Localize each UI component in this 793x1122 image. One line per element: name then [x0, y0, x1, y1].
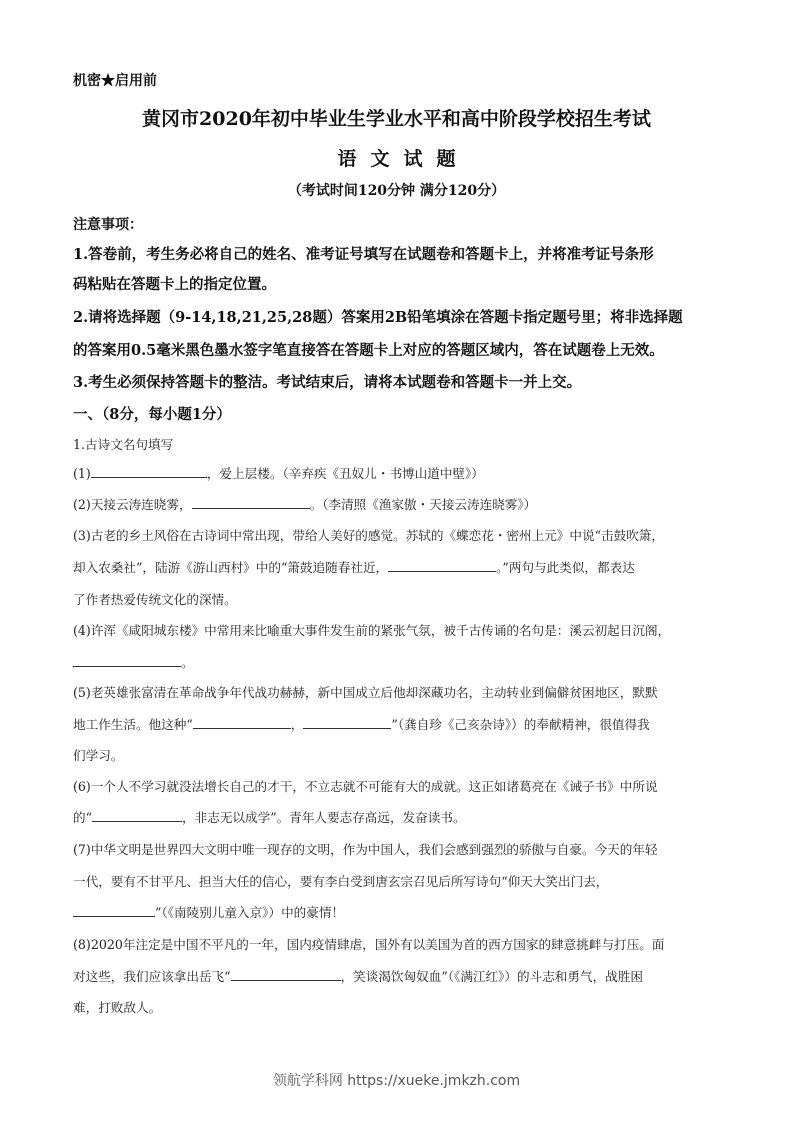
- subject-char: 文: [370, 144, 389, 171]
- question-item-3-line-3: 了作者热爱传统文化的深情。: [73, 589, 237, 608]
- answer-blank[interactable]: [303, 716, 391, 729]
- notice-line: 的答案用0.5毫米黑色墨水签字笔直接答在答题卡上对应的答题区域内，答在试题卷上无…: [73, 339, 664, 360]
- question-title: 1.古诗文名句填写: [73, 434, 173, 453]
- subject-char: 试: [404, 144, 423, 171]
- question-item-6-line-2: 的“，非志无以成学”。青年人要志存高远，发奋读书。: [73, 807, 466, 826]
- question-item-8-line-2: 对这些，我们应该拿出岳飞“，笑谈渴饮匈奴血”（《满江红》）的斗志和勇气，战胜困: [73, 966, 643, 985]
- subject-title: 语文试题: [0, 144, 793, 171]
- answer-blank[interactable]: [231, 968, 341, 981]
- notice-heading: 注意事项：: [73, 214, 143, 234]
- section-heading: 一、（8分，每小题1分）: [73, 403, 231, 424]
- question-item-8-line-1: (8)2020年注定是中国不平凡的一年，国内疫情肆虐，国外有以美国为首的西方国家…: [73, 934, 664, 953]
- question-item-2: (2)天接云涛连晓雾，。（李清照《渔家傲・天接云涛连晓雾》）: [73, 494, 536, 513]
- footer-watermark: 领航学科网 https://xueke.jmkzh.com: [0, 1070, 793, 1090]
- notice-line: 码粘贴在答题卡上的指定位置。: [73, 273, 276, 294]
- notice-line: 2.请将选择题（9-14,18,21,25,28题）答案用2B铅笔填涂在答题卡指…: [73, 306, 683, 327]
- notice-line: 3.考生必须保持答题卡的整洁。考试结束后，请将本试题卷和答题卡一并上交。: [73, 371, 581, 392]
- question-item-7-line-2: 一代，要有不甘平凡、担当大任的信心，要有李白受到唐玄宗召见后所写诗句“仰天大笑出…: [73, 871, 608, 890]
- confidential-mark: 机密★启用前: [73, 70, 157, 90]
- subject-char: 题: [437, 144, 456, 171]
- question-item-8-line-3: 难，打败敌人。: [73, 997, 161, 1016]
- answer-blank[interactable]: [192, 496, 310, 509]
- question-item-4-line-1: (4)许浑《咸阳城东楼》中常用来比喻重大事件发生前的紧张气氛，被千古传诵的名句是…: [73, 620, 670, 639]
- question-item-7-line-3: ”（《南陵别儿童入京》）中的豪情！: [73, 902, 344, 921]
- answer-blank[interactable]: [73, 904, 155, 917]
- question-item-5-line-1: (5)老英雄张富清在革命战争年代战功赫赫，新中国成立后他却深藏功名，主动转业到偏…: [73, 682, 658, 701]
- question-item-6-line-1: (6)一个人不学习就没法增长自己的才干，不立志就不可能有大的成就。这正如诸葛亮在…: [73, 776, 658, 795]
- exam-title: 黄冈市2020年初中毕业生学业水平和高中阶段学校招生考试: [0, 104, 793, 131]
- answer-blank[interactable]: [73, 654, 181, 667]
- question-item-1: (1)，爱上层楼。（辛弃疾《丑奴儿・书博山道中壁》）: [73, 463, 484, 482]
- question-item-3-line-2: 却入农桑社”，陆游《游山西村》中的“箫鼓追随春社近，。”两句与此类似，都表达: [73, 557, 635, 576]
- answer-blank[interactable]: [193, 716, 291, 729]
- question-item-4-line-2: 。: [73, 652, 194, 671]
- answer-blank[interactable]: [92, 809, 182, 822]
- question-item-7-line-1: (7)中华文明是世界四大文明中唯一现存的文明，作为中国人，我们会感到强烈的骄傲与…: [73, 839, 658, 858]
- question-item-5-line-3: 们学习。: [73, 745, 123, 764]
- question-item-5-line-2: 地工作生活。他这种“，”（龚自珍《己亥杂诗》）的奉献精神，很值得我: [73, 714, 650, 733]
- exam-page: 机密★启用前 黄冈市2020年初中毕业生学业水平和高中阶段学校招生考试 语文试题…: [0, 0, 793, 1122]
- notice-line: 1.答卷前，考生务必将自己的姓名、准考证号填写在试题卷和答题卡上，并将准考证号条…: [73, 243, 654, 264]
- exam-time-info: （考试时间120分钟 满分120分）: [0, 180, 793, 200]
- question-item-3-line-1: (3)古老的乡土风俗在古诗词中常出现，带给人美好的感觉。苏轼的《蝶恋花・密州上元…: [73, 525, 664, 544]
- answer-blank[interactable]: [91, 465, 207, 478]
- subject-char: 语: [337, 144, 356, 171]
- answer-blank[interactable]: [388, 559, 496, 572]
